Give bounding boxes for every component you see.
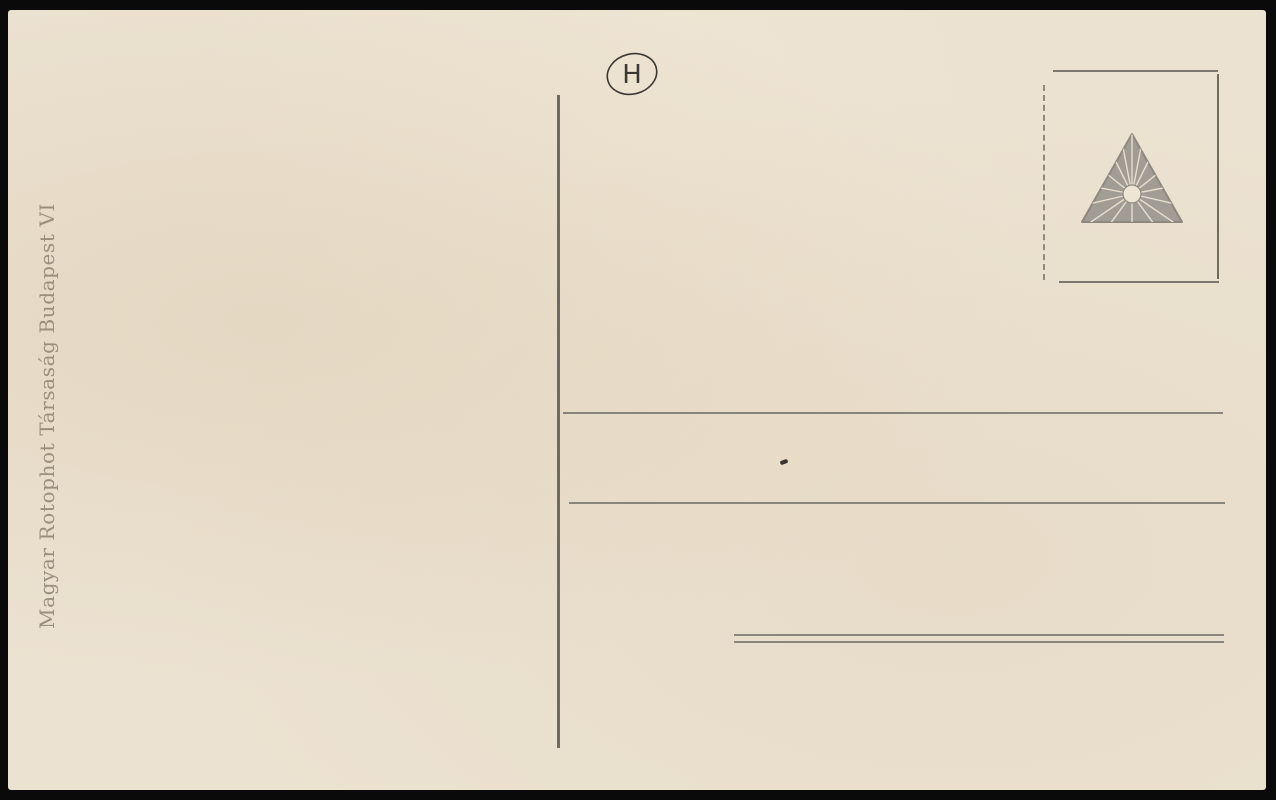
address-line-3a bbox=[734, 634, 1224, 636]
vertical-divider bbox=[557, 95, 560, 748]
stamp-box-bottom-border bbox=[1059, 281, 1219, 283]
publisher-imprint: Magyar Rotophot Társaság Budapest VI bbox=[35, 203, 59, 629]
circled-h-mark-icon: H bbox=[603, 48, 661, 98]
address-line-3b bbox=[734, 641, 1224, 643]
stamp-box-top-border bbox=[1053, 70, 1218, 72]
address-line-1 bbox=[563, 412, 1223, 414]
address-line-2 bbox=[569, 502, 1225, 504]
svg-text:H: H bbox=[622, 60, 642, 90]
triangle-sunburst-emblem-icon bbox=[1080, 132, 1184, 224]
stamp-box-right-border bbox=[1217, 74, 1219, 279]
stamp-box-left-border bbox=[1043, 85, 1047, 280]
